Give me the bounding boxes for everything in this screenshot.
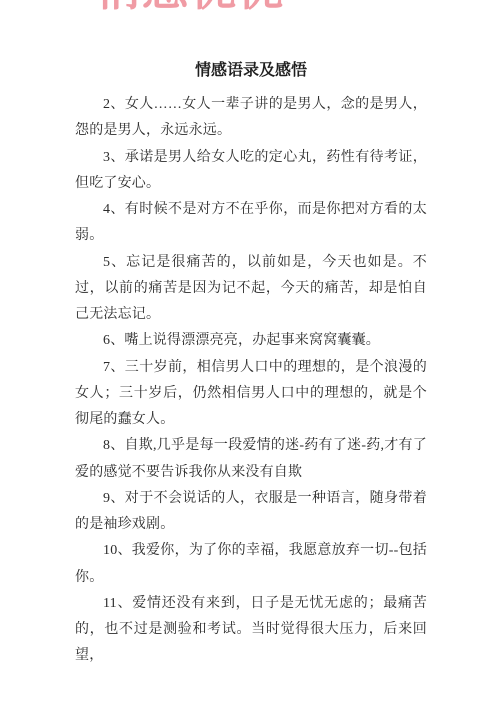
quote-list: 2、女人……女人一辈子讲的是男人，念的是男人，怨的是男人，永远永远。3、承诺是男… [75,92,427,670]
quote-paragraph: 6、嘴上说得漂漂亮亮，办起事来窝窝囊囊。 [75,328,427,354]
document-content: 情感语录及感悟 2、女人……女人一辈子讲的是男人，念的是男人，怨的是男人，永远永… [75,58,427,670]
site-watermark: 情感优优 [95,0,283,13]
quote-paragraph: 11、爱情还没有来到，日子是无忧无虑的；最痛苦的，也不过是测验和考试。当时觉得很… [75,591,427,670]
quote-paragraph: 9、对于不会说话的人，衣服是一种语言，随身带着的是袖珍戏剧。 [75,486,427,539]
quote-paragraph: 8、自欺,几乎是每一段爱情的迷-药有了迷-药,才有了爱的感觉不要告诉我你从来没有… [75,433,427,486]
page-title: 情感语录及感悟 [75,58,427,84]
quote-paragraph: 4、有时候不是对方不在乎你，而是你把对方看的太弱。 [75,197,427,250]
quote-paragraph: 2、女人……女人一辈子讲的是男人，念的是男人，怨的是男人，永远永远。 [75,92,427,145]
quote-paragraph: 5、忘记是很痛苦的，以前如是，今天也如是。不过，以前的痛苦是因为记不起，今天的痛… [75,250,427,329]
quote-paragraph: 3、承诺是男人给女人吃的定心丸，药性有待考证，但吃了安心。 [75,145,427,198]
quote-paragraph: 10、我爱你，为了你的幸福，我愿意放弃一切--包括你。 [75,538,427,591]
document-page: 情感优优 情感语录及感悟 2、女人……女人一辈子讲的是男人，念的是男人，怨的是男… [0,0,500,708]
quote-paragraph: 7、三十岁前，相信男人口中的理想的，是个浪漫的女人；三十岁后，仍然相信男人口中的… [75,355,427,434]
